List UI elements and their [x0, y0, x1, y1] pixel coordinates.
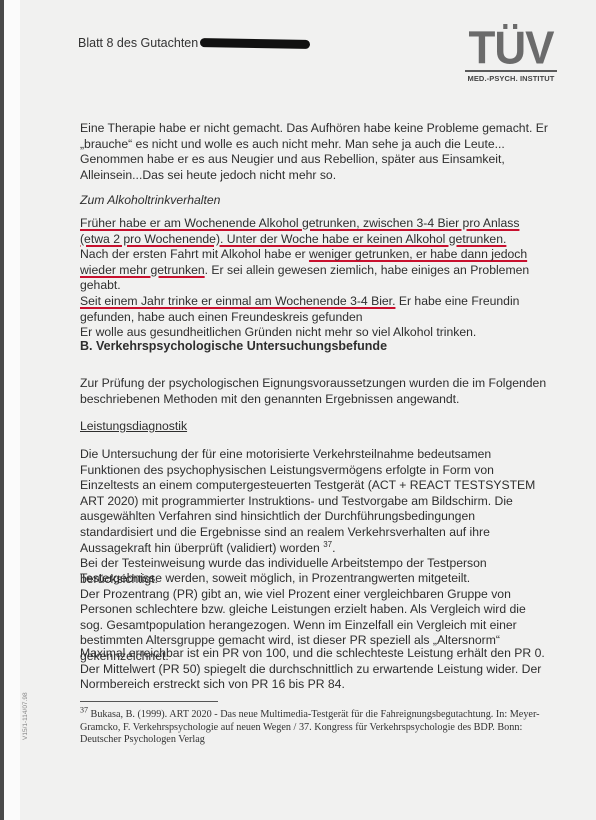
alcohol-heading: Zum Alkoholtrinkverhalten [80, 193, 550, 209]
intro-text: Zur Prüfung der psychologischen Eignungs… [80, 376, 550, 407]
paragraph-pr-range: Maximal erreichbar ist ein PR von 100, u… [80, 646, 550, 693]
alcohol-sentence-1: Früher habe er am Wochenende Alkohol get… [80, 216, 550, 247]
text-span: Die Untersuchung der für eine motorisier… [80, 447, 535, 555]
paragraph-therapy: Eine Therapie habe er nicht gemacht. Das… [80, 121, 550, 183]
tuv-logo: TÜV MED.-PSYCH. INSTITUT [463, 30, 559, 83]
footnote-text: Bukasa, B. (1999). ART 2020 - Das neue M… [80, 709, 540, 745]
therapy-text: Eine Therapie habe er nicht gemacht. Das… [80, 121, 550, 183]
footnote-ref[interactable]: 37 [323, 540, 332, 549]
pr-range-text: Maximal erreichbar ist ein PR von 100, u… [80, 646, 550, 693]
paragraph-intro: Zur Prüfung der psychologischen Eignungs… [80, 376, 550, 407]
section-b-heading: B. Verkehrspsychologische Untersuchungsb… [80, 339, 550, 355]
alcohol-sentence-2: Nach der ersten Fahrt mit Alkohol habe e… [80, 247, 550, 294]
footnote-divider [80, 701, 218, 702]
paragraph-leistung: Die Untersuchung der für eine motorisier… [80, 447, 550, 587]
leistung-title: Leistungsdiagnostik [80, 419, 550, 435]
pr-intro: Testergebnisse werden, soweit möglich, i… [80, 571, 550, 587]
text-span: Nach der ersten Fahrt mit Alkohol habe e… [80, 247, 309, 261]
paragraph-alcohol: Früher habe er am Wochenende Alkohol get… [80, 216, 550, 341]
redaction-mark [200, 38, 310, 49]
highlight-underline: Früher habe er am Wochenende Alkohol get… [80, 216, 519, 246]
logo-subtitle: MED.-PSYCH. INSTITUT [463, 74, 559, 83]
scan-margin [4, 0, 20, 820]
footnote: 37 Bukasa, B. (1999). ART 2020 - Das neu… [80, 709, 550, 747]
page-label: Blatt 8 des Gutachten [78, 36, 198, 50]
form-code: V15/1-114/07.98 [22, 692, 29, 740]
page-header: Blatt 8 des Gutachten [78, 36, 310, 50]
leistung-text: Die Untersuchung der für eine motorisier… [80, 447, 550, 556]
highlight-underline: Seit einem Jahr trinke er einmal am Woch… [80, 294, 395, 308]
leistung-heading: Leistungsdiagnostik [80, 419, 550, 435]
footnote-number: 37 [80, 706, 88, 715]
section-heading-alcohol: Zum Alkoholtrinkverhalten [80, 193, 550, 209]
section-b-title: B. Verkehrspsychologische Untersuchungsb… [80, 339, 550, 355]
alcohol-sentence-3: Seit einem Jahr trinke er einmal am Woch… [80, 294, 550, 325]
logo-mark: TÜV [463, 29, 559, 69]
